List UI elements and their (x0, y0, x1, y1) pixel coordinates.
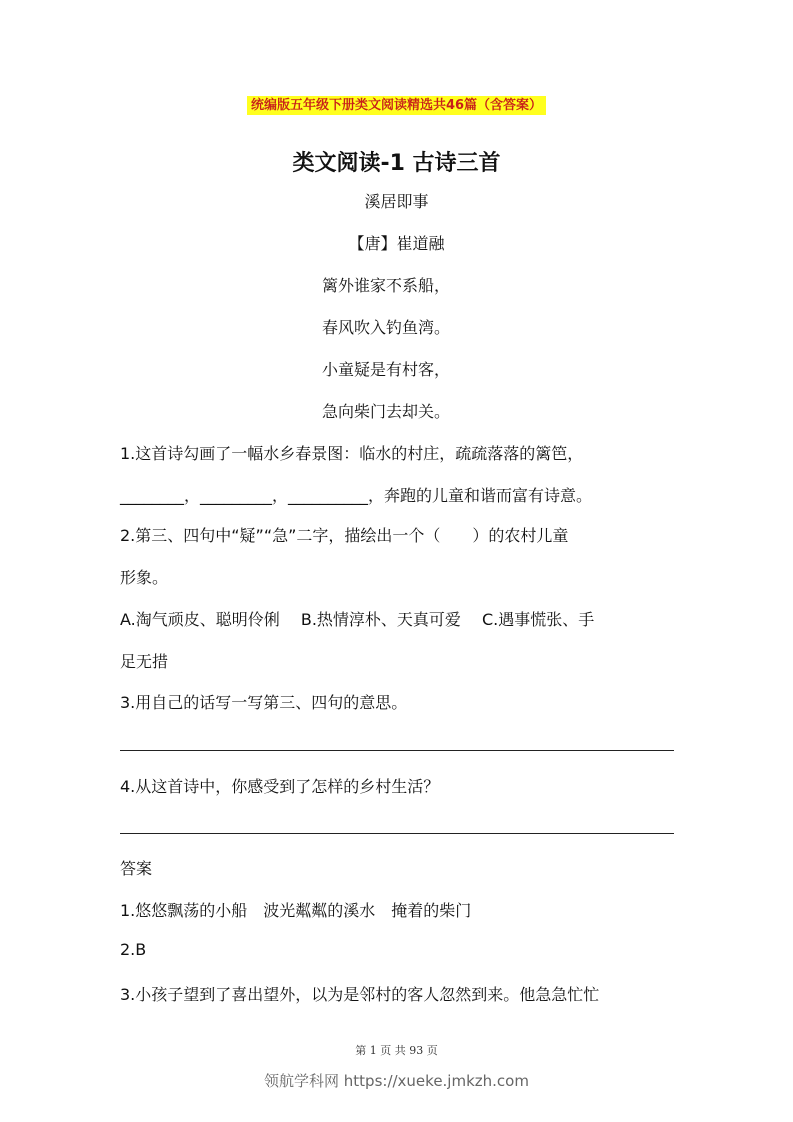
question-3: 3.用自己的话写一写第三、四句的意思。 (120, 690, 675, 713)
question-2-cont: 形象。 (120, 565, 675, 588)
question-1: 1.这首诗勾画了一幅水乡春景图：临水的村庄，疏疏落落的篱笆， (120, 441, 675, 464)
question-2-options-cont: 足无措 (120, 649, 675, 672)
poem-line: 急向柴门去却关。 (322, 399, 450, 422)
question-2: 2.第三、四句中“疑”“急”二字，描绘出一个（ ）的农村儿童 (120, 523, 675, 546)
poem-author: 【唐】崔道融 (0, 231, 793, 254)
answer-line (120, 833, 674, 834)
question-4: 4.从这首诗中，你感受到了怎样的乡村生活？ (120, 774, 675, 797)
poem-line: 小童疑是有村客， (322, 357, 450, 380)
poem-line: 春风吹入钓鱼湾。 (322, 315, 450, 338)
poem-line: 篱外谁家不系船， (322, 273, 450, 296)
site-watermark: 领航学科网 https://xueke.jmkzh.com (0, 1070, 793, 1091)
series-banner: 统编版五年级下册类文阅读精选共46篇（含答案） (0, 94, 793, 113)
question-1-blanks: ________，_________，__________，奔跑的儿童和谐而富有… (120, 483, 675, 506)
page-title: 类文阅读-1 古诗三首 (0, 146, 793, 177)
answers-heading: 答案 (120, 856, 675, 879)
page-number: 第 1 页 共 93 页 (0, 1042, 793, 1058)
answer-1: 1.悠悠飘荡的小船 波光粼粼的溪水 掩着的柴门 (120, 898, 675, 921)
question-2-options: A.淘气顽皮、聪明伶俐 B.热情淳朴、天真可爱 C.遇事慌张、手 (120, 607, 675, 630)
answer-2: 2.B (120, 940, 675, 959)
poem-title: 溪居即事 (0, 189, 793, 212)
answer-line (120, 750, 674, 751)
banner-text: 统编版五年级下册类文阅读精选共46篇（含答案） (247, 96, 546, 115)
answer-3: 3.小孩子望到了喜出望外，以为是邻村的客人忽然到来。他急急忙忙 (120, 982, 675, 1005)
